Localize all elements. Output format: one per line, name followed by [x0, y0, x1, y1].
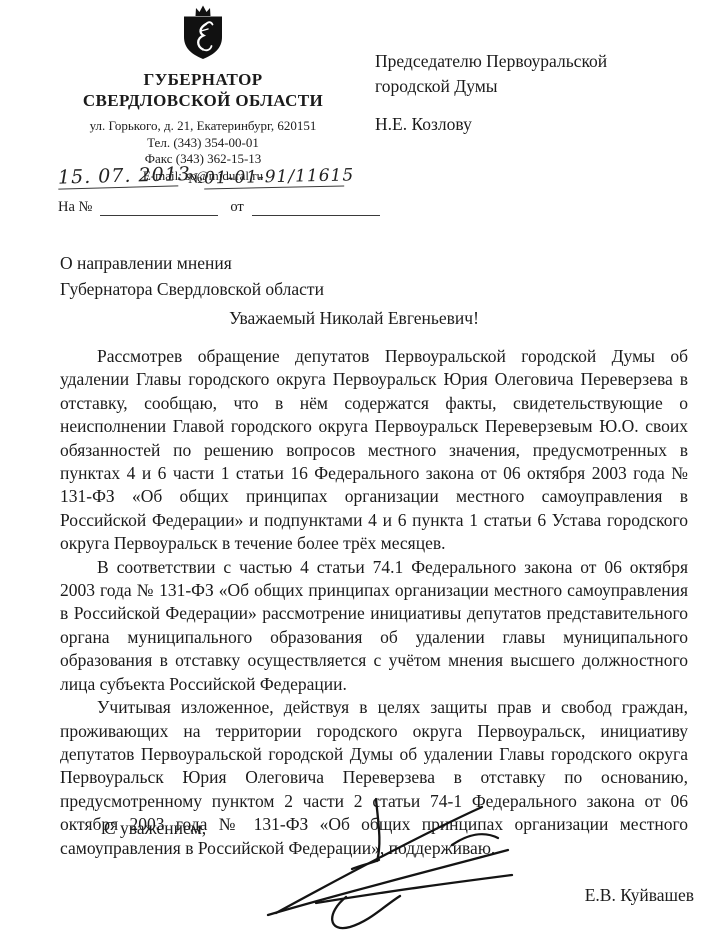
letter-body: Рассмотрев обращение депутатов Первоурал… — [60, 345, 688, 860]
recipient-title-line2: городской Думы — [375, 74, 607, 99]
letterhead: ГУБЕРНАТОР СВЕРДЛОВСКОЙ ОБЛАСТИ ул. Горь… — [46, 4, 360, 184]
handwritten-outgoing-number: 01-01-91/11615 — [204, 166, 344, 190]
reply-number-label: На № — [58, 199, 92, 215]
reply-number-blank-line — [100, 199, 218, 216]
recipient-block: Председателю Первоуральской городской Ду… — [375, 49, 607, 137]
salutation: Уважаемый Николай Евгеньевич! — [0, 308, 708, 329]
subject-line1: О направлении мнения — [60, 251, 324, 277]
org-phone: Тел. (343) 354-00-01 — [46, 135, 360, 152]
recipient-title-line1: Председателю Первоуральской — [375, 49, 607, 74]
recipient-name: Н.Е. Козлову — [375, 112, 607, 137]
reference-date-row: 15. 07. 2013№01-01-91/11615 — [58, 165, 398, 188]
subject-block: О направлении мнения Губернатора Свердло… — [60, 251, 324, 302]
handwritten-date: 15. 07. 2013 — [58, 163, 179, 189]
reply-date-blank-line — [252, 199, 380, 216]
reply-from-label: от — [230, 199, 243, 215]
sverdlovsk-coat-of-arms-icon — [46, 4, 360, 65]
subject-line2: Губернатора Свердловской области — [60, 277, 324, 303]
body-paragraph: Рассмотрев обращение депутатов Первоурал… — [60, 345, 688, 556]
handwritten-signature — [246, 793, 532, 939]
org-name-line1: ГУБЕРНАТОР — [46, 69, 360, 90]
org-name-line2: СВЕРДЛОВСКОЙ ОБЛАСТИ — [46, 90, 360, 111]
signer-name: Е.В. Куйвашев — [0, 885, 694, 906]
reply-reference-row: На №от — [58, 199, 418, 216]
org-address: ул. Горького, д. 21, Екатеринбург, 62015… — [46, 118, 360, 135]
body-paragraph: В соответствии с частью 4 статьи 74.1 Фе… — [60, 556, 688, 696]
valediction: С уважением, — [104, 818, 206, 839]
scanned-letter-page: { "page": { "colors": { "ink": "#1b1b1b"… — [0, 0, 708, 950]
